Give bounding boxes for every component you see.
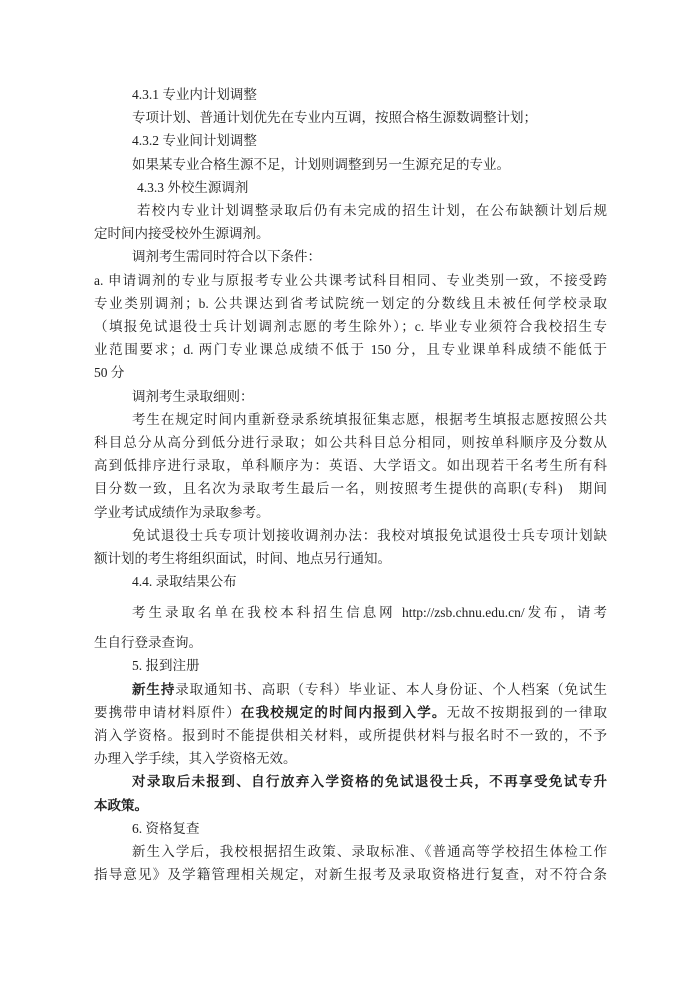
document-line: 对录取后未报到、自行放弃入学资格的免试退役士兵，不再享受免试专升 [94, 770, 607, 793]
bold-text-segment: 在我校规定的时间内报到入学。 [241, 705, 447, 720]
document-line: 要携带申请材料原件）在我校规定的时间内报到入学。无故不按期报到的一律取 [94, 701, 607, 724]
document-line: 50 分 [94, 361, 607, 384]
document-line: 若校内专业计划调整录取后仍有未完成的招生计划，在公布缺额计划后规 [94, 199, 607, 222]
text-segment: 办理入学手续，其入学资格无效。 [94, 751, 297, 766]
text-segment: 若校内专业计划调整录取后仍有未完成的招生计划，在公布缺额计划后规 [137, 203, 607, 218]
text-segment: 5. 报到注册 [132, 658, 200, 673]
text-segment: 业范围要求；d. 两门专业课总成绩不低于 150 分，且专业课单科成绩不能低于 [94, 342, 607, 357]
bold-text-segment: 对录取后未报到、自行放弃入学资格的免试退役士兵，不再享受免试专升 [132, 774, 607, 789]
text-segment: 要携带申请材料原件） [94, 705, 241, 720]
document-line: 本政策。 [94, 794, 607, 817]
document-line: 4.3.3 外校生源调剂 [94, 176, 607, 199]
document-line: 调剂考生需同时符合以下条件： [94, 245, 607, 268]
text-segment: 4.3.3 外校生源调剂 [137, 180, 248, 195]
document-line: a. 申请调剂的专业与原报考专业公共课考试科目相同、专业类别一致，不接受跨 [94, 269, 607, 292]
text-segment: 考生录取名单在我校本科招生信息网 http://zsb.chnu.edu.cn/… [132, 605, 607, 620]
document-line: 消入学资格。报到时不能提供相关材料，或所提供材料与报名时不一致的，不予 [94, 724, 607, 747]
document-line: 目分数一致，且名次为录取考生最后一名，则按照考生提供的高职(专科) 期间 [94, 477, 607, 500]
text-segment: 指导意见》及学籍管理相关规定，对新生报考及录取资格进行复查，对不符合条 [94, 867, 607, 882]
document-line: 如果某专业合格生源不足，计划则调整到另一生源充足的专业。 [94, 153, 607, 176]
document-line: 业范围要求；d. 两门专业课总成绩不低于 150 分，且专业课单科成绩不能低于 [94, 338, 607, 361]
text-segment: 目分数一致，且名次为录取考生最后一名，则按照考生提供的高职(专科) 期间 [94, 481, 607, 496]
text-segment: 新生入学后，我校根据招生政策、录取标准、《普通高等学校招生体检工作 [132, 844, 607, 859]
document-line: 4.4. 录取结果公布 [94, 570, 607, 593]
text-segment: 如果某专业合格生源不足，计划则调整到另一生源充足的专业。 [132, 157, 510, 172]
document-line: 新生持录取通知书、高职（专科）毕业证、本人身份证、个人档案（免试生 [94, 678, 607, 701]
document-line: 科目总分从高分到低分进行录取；如公共科目总分相同，则按单科顺序及分数从 [94, 431, 607, 454]
text-segment: 免试退役士兵专项计划接收调剂办法：我校对填报免试退役士兵专项计划缺 [132, 528, 607, 543]
text-segment: a. 申请调剂的专业与原报考专业公共课考试科目相同、专业类别一致，不接受跨 [94, 273, 607, 288]
document-line: 考生录取名单在我校本科招生信息网 http://zsb.chnu.edu.cn/… [94, 601, 607, 624]
text-segment: 50 分 [94, 365, 124, 380]
text-segment: 额计划的考生将组织面试，时间、地点另行通知。 [94, 551, 391, 566]
document-line: 额计划的考生将组织面试，时间、地点另行通知。 [94, 547, 607, 570]
bold-text-segment: 新生持 [132, 682, 175, 697]
text-segment: 学业考试成绩作为录取参考。 [94, 505, 270, 520]
document-page: 4.3.1 专业内计划调整专项计划、普通计划优先在专业内互调，按照合格生源数调整… [0, 0, 700, 989]
text-segment: 调剂考生需同时符合以下条件： [132, 249, 321, 264]
text-segment: （填报免试退役士兵计划调剂志愿的考生除外）；c. 毕业专业须符合我校招生专 [94, 319, 607, 334]
document-line: 4.3.2 专业间计划调整 [94, 129, 607, 152]
document-line: 高到低排序进行录取，单科顺序为：英语、大学语文。如出现若干名考生所有科 [94, 454, 607, 477]
document-line: 专业类别调剂；b. 公共课达到省考试院统一划定的分数线且未被任何学校录取 [94, 292, 607, 315]
text-segment: 无故不按期报到的一律取 [447, 705, 607, 720]
document-line: 定时间内接受校外生源调剂。 [94, 222, 607, 245]
document-line: 专项计划、普通计划优先在专业内互调，按照合格生源数调整计划； [94, 106, 607, 129]
text-segment: 高到低排序进行录取，单科顺序为：英语、大学语文。如出现若干名考生所有科 [94, 458, 607, 473]
text-segment: 录取通知书、高职（专科）毕业证、本人身份证、个人档案（免试生 [175, 682, 607, 697]
text-segment: 4.3.2 专业间计划调整 [132, 133, 257, 148]
document-line: （填报免试退役士兵计划调剂志愿的考生除外）；c. 毕业专业须符合我校招生专 [94, 315, 607, 338]
document-line: 新生入学后，我校根据招生政策、录取标准、《普通高等学校招生体检工作 [94, 840, 607, 863]
document-line: 办理入学手续，其入学资格无效。 [94, 747, 607, 770]
text-segment: 专项计划、普通计划优先在专业内互调，按照合格生源数调整计划； [132, 110, 537, 125]
text-segment: 考生在规定时间内重新登录系统填报征集志愿，根据考生填报志愿按照公共 [132, 412, 607, 427]
text-segment: 消入学资格。报到时不能提供相关材料，或所提供材料与报名时不一致的，不予 [94, 728, 607, 743]
bold-text-segment: 本政策。 [94, 798, 148, 813]
document-line: 4.3.1 专业内计划调整 [94, 83, 607, 106]
text-segment: 4.4. 录取结果公布 [132, 574, 237, 589]
document-line: 调剂考生录取细则： [94, 385, 607, 408]
document-line: 考生在规定时间内重新登录系统填报征集志愿，根据考生填报志愿按照公共 [94, 408, 607, 431]
text-segment: 科目总分从高分到低分进行录取；如公共科目总分相同，则按单科顺序及分数从 [94, 435, 607, 450]
text-segment: 专业类别调剂；b. 公共课达到省考试院统一划定的分数线且未被任何学校录取 [94, 296, 607, 311]
text-segment: 定时间内接受校外生源调剂。 [94, 226, 270, 241]
document-line: 免试退役士兵专项计划接收调剂办法：我校对填报免试退役士兵专项计划缺 [94, 524, 607, 547]
text-segment: 生自行登录查询。 [94, 635, 202, 650]
document-line: 学业考试成绩作为录取参考。 [94, 501, 607, 524]
text-segment: 6. 资格复查 [132, 821, 200, 836]
document-line: 生自行登录查询。 [94, 631, 607, 654]
text-segment: 4.3.1 专业内计划调整 [132, 87, 257, 102]
document-line: 6. 资格复查 [94, 817, 607, 840]
document-line: 5. 报到注册 [94, 654, 607, 677]
text-segment: 调剂考生录取细则： [132, 389, 254, 404]
document-line: 指导意见》及学籍管理相关规定，对新生报考及录取资格进行复查，对不符合条 [94, 863, 607, 886]
